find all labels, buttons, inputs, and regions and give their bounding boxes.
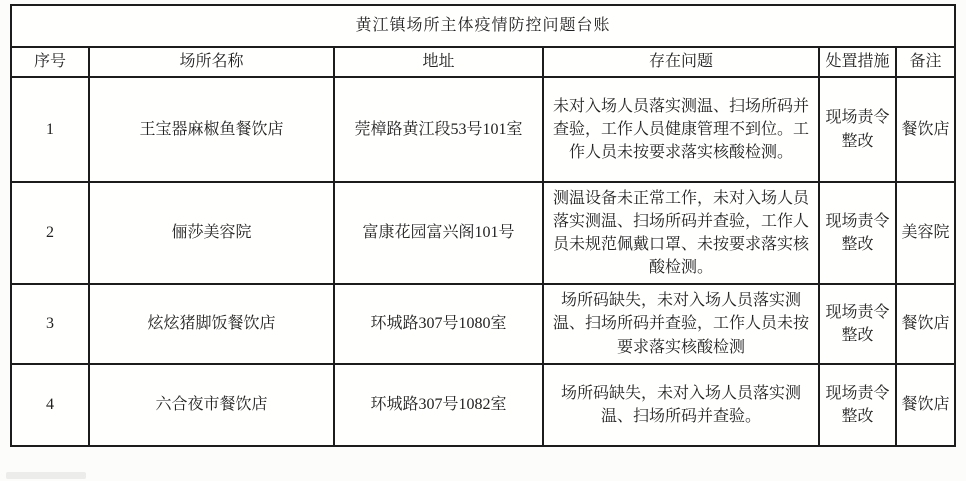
column-header-address: 地址 — [334, 47, 543, 77]
cell-address: 环城路307号1080室 — [334, 284, 543, 364]
cell-venue-name: 俪莎美容院 — [89, 182, 334, 284]
table-header-row: 序号 场所名称 地址 存在问题 处置措施 备注 — [11, 47, 955, 77]
cell-address: 环城路307号1082室 — [334, 364, 543, 446]
cell-venue-name: 王宝器麻椒鱼餐饮店 — [89, 77, 334, 182]
cell-measure: 现场责令整改 — [819, 284, 896, 364]
cell-problems: 测温设备未正常工作，未对入场人员落实测温、扫场所码并查验，工作人员未规范佩戴口罩… — [543, 182, 819, 284]
cell-remark: 美容院 — [896, 182, 955, 284]
table-row: 2 俪莎美容院 富康花园富兴阁101号 测温设备未正常工作，未对入场人员落实测温… — [11, 182, 955, 284]
column-header-venue-name: 场所名称 — [89, 47, 334, 77]
cell-venue-name: 六合夜市餐饮店 — [89, 364, 334, 446]
cell-address: 富康花园富兴阁101号 — [334, 182, 543, 284]
table-row: 4 六合夜市餐饮店 环城路307号1082室 场所码缺失，未对入场人员落实测温、… — [11, 364, 955, 446]
cell-remark: 餐饮店 — [896, 364, 955, 446]
column-header-no: 序号 — [11, 47, 89, 77]
cell-no: 2 — [11, 182, 89, 284]
cell-remark: 餐饮店 — [896, 284, 955, 364]
cell-no: 4 — [11, 364, 89, 446]
cell-address: 莞樟路黄江段53号101室 — [334, 77, 543, 182]
cell-measure: 现场责令整改 — [819, 364, 896, 446]
cell-problems: 场所码缺失，未对入场人员落实测温、扫场所码并查验。 — [543, 364, 819, 446]
cell-remark: 餐饮店 — [896, 77, 955, 182]
cell-no: 3 — [11, 284, 89, 364]
screenshot-page: 黄江镇场所主体疫情防控问题台账 序号 场所名称 地址 存在问题 处置措施 备注 … — [0, 0, 966, 481]
cell-no: 1 — [11, 77, 89, 182]
column-header-problems: 存在问题 — [543, 47, 819, 77]
epidemic-problem-ledger-table: 黄江镇场所主体疫情防控问题台账 序号 场所名称 地址 存在问题 处置措施 备注 … — [10, 4, 956, 447]
cell-measure: 现场责令整改 — [819, 77, 896, 182]
table-title-row: 黄江镇场所主体疫情防控问题台账 — [11, 5, 955, 47]
table-title: 黄江镇场所主体疫情防控问题台账 — [11, 5, 955, 47]
column-header-remark: 备注 — [896, 47, 955, 77]
cell-venue-name: 炫炫猪脚饭餐饮店 — [89, 284, 334, 364]
cell-problems: 场所码缺失，未对入场人员落实测温、扫场所码并查验，工作人员未按要求落实核酸检测 — [543, 284, 819, 364]
column-header-measures: 处置措施 — [819, 47, 896, 77]
table-row: 1 王宝器麻椒鱼餐饮店 莞樟路黄江段53号101室 未对入场人员落实测温、扫场所… — [11, 77, 955, 182]
cell-problems: 未对入场人员落实测温、扫场所码并查验，工作人员健康管理不到位。工作人员未按要求落… — [543, 77, 819, 182]
table-row: 3 炫炫猪脚饭餐饮店 环城路307号1080室 场所码缺失，未对入场人员落实测温… — [11, 284, 955, 364]
photo-artifact-smudge — [6, 472, 86, 479]
cell-measure: 现场责令整改 — [819, 182, 896, 284]
